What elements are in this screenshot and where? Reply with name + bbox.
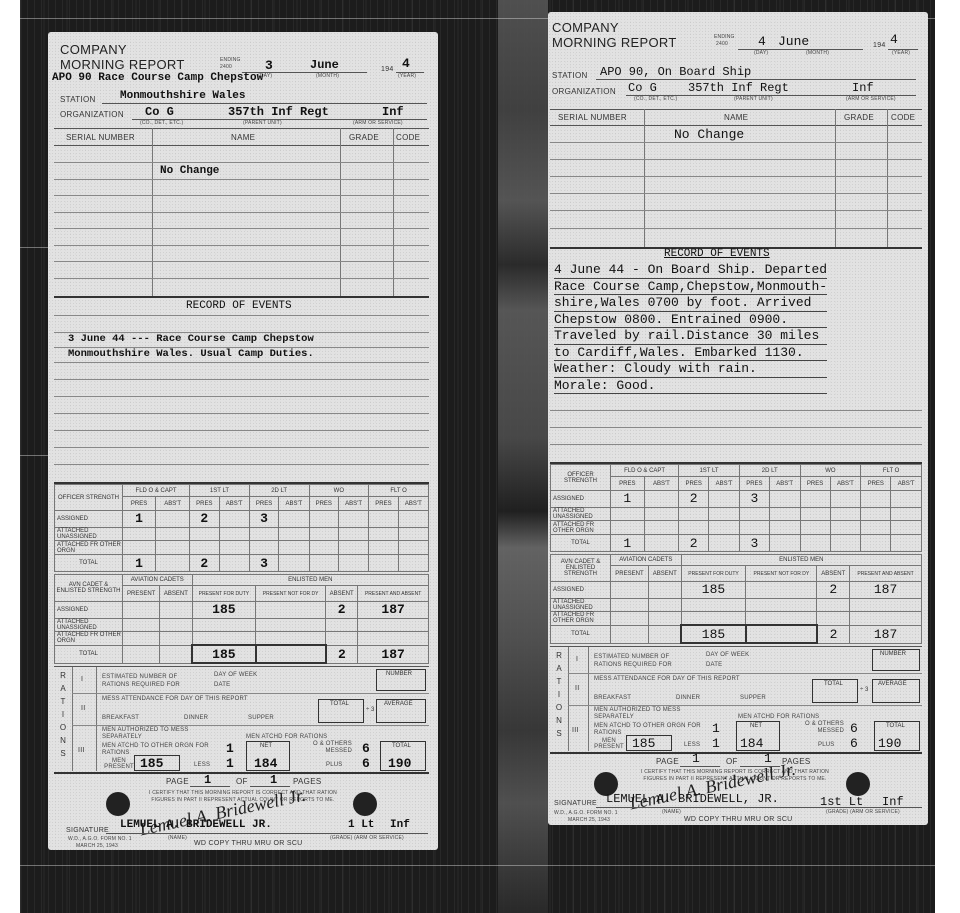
col-code: CODE bbox=[891, 113, 915, 122]
org-unit: Co G bbox=[628, 81, 657, 95]
org-caption-unit: (CO., DET., ETC.) bbox=[634, 96, 677, 102]
officer-strength-label: OFFICER STRENGTH bbox=[551, 465, 611, 491]
month-caption: (MONTH) bbox=[316, 73, 339, 79]
organization-label: ORGANIZATION bbox=[60, 110, 124, 119]
plus-value: 6 bbox=[362, 756, 370, 771]
subcol-abst: ABS'T bbox=[398, 497, 428, 511]
enlisted-strength-table: AVN CADET & ENLISTED STRENGTH AVIATION C… bbox=[54, 574, 429, 664]
station-value: APO 90, On Board Ship bbox=[600, 65, 751, 79]
enlisted-strength-label: AVN CADET & ENLISTED STRENGTH bbox=[55, 575, 123, 602]
group-2d-lt: 2D LT bbox=[249, 485, 309, 497]
form-number: W.D., A.G.O. FORM NO. 1 bbox=[554, 810, 618, 816]
subcol-abst: ABS'T bbox=[338, 497, 368, 511]
others-messed-value: 6 bbox=[850, 721, 858, 736]
morning-report-4-june: COMPANY MORNING REPORT ENDING 2400 4 Jun… bbox=[548, 12, 928, 825]
form-date: MARCH 25, 1943 bbox=[76, 843, 118, 849]
record-line-1: 3 June 44 --- Race Course Camp Chepstow bbox=[68, 333, 314, 345]
subcol-pres: PRES bbox=[369, 497, 398, 511]
group-flt-o: FLT O bbox=[369, 485, 429, 497]
report-month: June bbox=[778, 34, 809, 49]
ending-time: 2400 bbox=[716, 41, 728, 47]
subcol-pres: PRES bbox=[249, 497, 278, 511]
record-of-events-title: RECORD OF EVENTS bbox=[186, 300, 292, 312]
subcol-abst: ABS'T bbox=[156, 497, 190, 511]
group-fld-o-capt: FLD O & CAPT bbox=[123, 485, 190, 497]
enlisted-row-attached-unassigned: ATTACHED UNASSIGNED bbox=[55, 618, 429, 632]
col-name: NAME bbox=[724, 113, 748, 122]
org-caption-parent: (PARENT UNIT) bbox=[243, 120, 282, 126]
group-wo: WO bbox=[309, 485, 369, 497]
org-unit: Co G bbox=[145, 105, 174, 119]
subcol-pres: PRES bbox=[123, 497, 156, 511]
enlisted-row-attached-fr-other: ATTACHED FR OTHER ORGN bbox=[551, 612, 922, 626]
signature-label: SIGNATURE bbox=[554, 800, 597, 807]
personnel-entry: No Change bbox=[674, 127, 744, 142]
group-enlisted-men: ENLISTED MEN bbox=[192, 575, 429, 586]
grand-total-value: 190 bbox=[878, 736, 901, 751]
year-digit: 4 bbox=[402, 56, 410, 71]
routing-note: WD COPY THRU MRU OR SCU bbox=[684, 816, 793, 823]
less-value: 1 bbox=[712, 736, 720, 751]
ending-time: 2400 bbox=[220, 64, 232, 70]
record-line-8: Morale: Good. bbox=[554, 378, 827, 395]
officer-row-assigned: ASSIGNED 1 2 3 bbox=[551, 491, 922, 508]
officer-row-assigned: ASSIGNED 1 2 3 bbox=[55, 511, 429, 528]
film-scratch bbox=[20, 865, 935, 866]
less-value: 1 bbox=[226, 756, 234, 771]
signer-name: LEMUEL A. BRIDEWELL JR. bbox=[120, 819, 272, 831]
enlisted-row-attached-unassigned: ATTACHED UNASSIGNED bbox=[551, 598, 922, 612]
report-month: June bbox=[310, 58, 339, 72]
enlisted-row-total: TOTAL 185 2 187 bbox=[551, 625, 922, 643]
atchd-other-value: 1 bbox=[712, 721, 720, 736]
form-title-company: COMPANY bbox=[552, 20, 619, 35]
men-present-value: 185 bbox=[140, 756, 163, 771]
enlisted-row-assigned: ASSIGNED 185 2 187 bbox=[551, 582, 922, 599]
col-grade: GRADE bbox=[349, 133, 379, 142]
org-caption-arm: (ARM OR SERVICE) bbox=[846, 96, 896, 102]
org-caption-unit: (CO., DET., ETC.) bbox=[140, 120, 183, 126]
net-value: 184 bbox=[254, 756, 277, 771]
year-digit: 4 bbox=[890, 32, 898, 47]
form-title-morning-report: MORNING REPORT bbox=[552, 35, 677, 50]
org-arm: Inf bbox=[852, 81, 874, 95]
station-value: Monmouthshire Wales bbox=[120, 90, 245, 102]
report-day: 3 bbox=[265, 58, 273, 73]
record-of-events-text: 4 June 44 - On Board Ship. Departed Race… bbox=[554, 262, 827, 394]
punch-hole bbox=[353, 792, 377, 816]
org-parent: 357th Inf Regt bbox=[688, 81, 789, 95]
enlisted-row-total: TOTAL 185 2 187 bbox=[55, 645, 429, 663]
record-line-1: 4 June 44 - On Board Ship. Departed bbox=[554, 262, 827, 279]
org-caption-parent: (PARENT UNIT) bbox=[734, 96, 773, 102]
org-caption-arm: (ARM OR SERVICE) bbox=[353, 120, 403, 126]
men-present-value: 185 bbox=[632, 736, 655, 751]
personnel-entry: No Change bbox=[160, 165, 219, 177]
enlisted-strength-table: AVN CADET & ENLISTED STRENGTH AVIATION C… bbox=[550, 554, 922, 644]
officer-row-attached-fr-other: ATTACHED FR OTHER ORGN bbox=[551, 521, 922, 535]
org-arm: Inf bbox=[382, 105, 404, 119]
ending-label: ENDING bbox=[220, 57, 241, 63]
routing-note: WD COPY THRU MRU OR SCU bbox=[194, 840, 303, 847]
subcol-pres: PRES bbox=[309, 497, 338, 511]
group-aviation-cadets: AVIATION CADETS bbox=[123, 575, 193, 586]
grand-total-value: 190 bbox=[388, 756, 411, 771]
record-line-5: Traveled by rail.Distance 30 miles bbox=[554, 328, 827, 345]
form-title-morning-report: MORNING REPORT bbox=[60, 57, 185, 72]
station-label: STATION bbox=[552, 71, 588, 80]
signer-name: LEMUEL A. BRIDEWELL, JR. bbox=[606, 792, 779, 806]
record-line-3: shire,Wales 0700 by foot. Arrived bbox=[554, 295, 827, 312]
year-prefix: 194 bbox=[381, 66, 394, 73]
year-caption: (YEAR) bbox=[398, 73, 416, 79]
rations-section: RATIONS I II III ESTIMATED NUMBER OF RAT… bbox=[54, 666, 429, 770]
plus-value: 6 bbox=[850, 736, 858, 751]
officer-strength-table: OFFICER STRENGTH FLD O & CAPT 1ST LT 2D … bbox=[54, 484, 429, 572]
officer-row-attached-unassigned: ATTACHED UNASSIGNED bbox=[551, 507, 922, 521]
group-1st-lt: 1ST LT bbox=[190, 485, 250, 497]
rations-side-label: RATIONS bbox=[56, 669, 70, 760]
form-number: W.D., A.G.O. FORM NO. 1 bbox=[68, 836, 132, 842]
others-messed-value: 6 bbox=[362, 741, 370, 756]
report-day: 4 bbox=[758, 34, 766, 49]
signer-arm: Inf bbox=[390, 819, 410, 831]
col-grade: GRADE bbox=[844, 113, 874, 122]
page-number: 1 bbox=[204, 773, 211, 787]
signer-grade: 1 Lt bbox=[348, 819, 374, 831]
film-edge-band bbox=[498, 0, 548, 913]
col-serial-number: SERIAL NUMBER bbox=[66, 133, 135, 142]
punch-hole bbox=[106, 792, 130, 816]
net-value: 184 bbox=[740, 736, 763, 751]
form-date: MARCH 25, 1943 bbox=[568, 817, 610, 823]
page-number: 1 bbox=[692, 751, 700, 766]
punch-hole bbox=[846, 772, 870, 796]
enlisted-row-assigned: ASSIGNED 185 2 187 bbox=[55, 602, 429, 619]
month-caption: (MONTH) bbox=[806, 50, 829, 56]
record-line-2: Race Course Camp,Chepstow,Monmouth- bbox=[554, 279, 827, 296]
ending-label: ENDING bbox=[714, 34, 735, 40]
subcol-abst: ABS'T bbox=[219, 497, 249, 511]
form-title-company: COMPANY bbox=[60, 42, 127, 57]
officer-strength-table: OFFICER STRENGTH FLD O & CAPT 1ST LT 2D … bbox=[550, 464, 922, 552]
col-name: NAME bbox=[231, 133, 255, 142]
col-code: CODE bbox=[396, 133, 420, 142]
org-parent: 357th Inf Regt bbox=[228, 105, 329, 119]
subcol-abst: ABS'T bbox=[279, 497, 309, 511]
page-total: 1 bbox=[270, 773, 277, 787]
enlisted-row-attached-fr-other: ATTACHED FR OTHER ORGN bbox=[55, 632, 429, 646]
officer-strength-label: OFFICER STRENGTH bbox=[55, 485, 123, 511]
day-caption: (DAY) bbox=[754, 50, 768, 56]
officer-row-attached-unassigned: ATTACHED UNASSIGNED bbox=[55, 527, 429, 541]
atchd-other-value: 1 bbox=[226, 741, 234, 756]
signature-label: SIGNATURE bbox=[66, 827, 109, 834]
organization-label: ORGANIZATION bbox=[552, 87, 616, 96]
station-label: STATION bbox=[60, 95, 96, 104]
subcol-pres: PRES bbox=[190, 497, 219, 511]
col-serial-number: SERIAL NUMBER bbox=[558, 113, 627, 122]
morning-report-3-june: COMPANY MORNING REPORT ENDING 2400 3 Jun… bbox=[48, 32, 438, 850]
officer-row-attached-fr-other: ATTACHED FR OTHER ORGN bbox=[55, 541, 429, 555]
record-line-6: to Cardiff,Wales. Embarked 1130. bbox=[554, 345, 827, 362]
officer-row-total: TOTAL 1 2 3 bbox=[55, 555, 429, 572]
rations-section: RATIONS I II III ESTIMATED NUMBER OF RAT… bbox=[550, 646, 922, 750]
year-prefix: 194 bbox=[873, 42, 886, 49]
record-of-events-title: RECORD OF EVENTS bbox=[664, 248, 770, 260]
rations-side-label: RATIONS bbox=[552, 649, 566, 740]
year-caption: (YEAR) bbox=[892, 50, 910, 56]
record-line-4: Chepstow 0800. Entrained 0900. bbox=[554, 312, 827, 329]
apo-location-line: APO 90 Race Course Camp Chepstow bbox=[52, 72, 263, 84]
record-line-2: Monmouthshire Wales. Usual Camp Duties. bbox=[68, 348, 314, 360]
record-line-7: Weather: Cloudy with rain. bbox=[554, 361, 827, 378]
officer-row-total: TOTAL 1 2 3 bbox=[551, 535, 922, 552]
